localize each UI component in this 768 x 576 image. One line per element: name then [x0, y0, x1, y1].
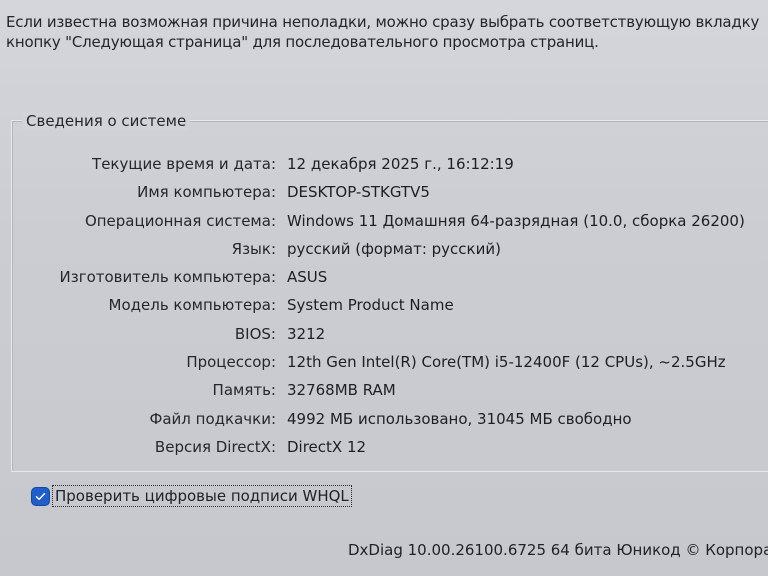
system-info-title: Сведения о системе [22, 112, 190, 130]
checkmark-icon [34, 490, 47, 503]
info-row-os: Операционная система: Windows 11 Домашня… [0, 207, 768, 235]
info-label: Версия DirectX: [155, 433, 276, 461]
version-footer: DxDiag 10.00.26100.6725 64 бита Юникод ©… [348, 541, 768, 559]
whql-checkbox[interactable]: Проверить цифровые подписи WHQL [32, 485, 351, 507]
info-row-memory: Память: 32768MB RAM [0, 376, 768, 404]
info-value: System Product Name [287, 291, 454, 319]
checkbox-checked-icon[interactable] [32, 488, 49, 505]
info-label: Память: [213, 376, 276, 404]
info-value: Windows 11 Домашняя 64-разрядная (10.0, … [287, 207, 745, 235]
info-label: Модель компьютера: [109, 291, 276, 319]
intro-line-2: кнопку "Следующая страница" для последов… [6, 32, 768, 52]
info-label: Процессор: [186, 348, 276, 376]
system-info-table: Текущие время и дата: 12 декабря 2025 г.… [0, 150, 768, 461]
info-value: 4992 МБ использовано, 31045 МБ свободно [287, 405, 632, 433]
info-row-directx: Версия DirectX: DirectX 12 [0, 433, 768, 461]
info-value: ASUS [287, 263, 327, 291]
whql-checkbox-label[interactable]: Проверить цифровые подписи WHQL [53, 486, 351, 506]
info-value: DESKTOP-STKGTV5 [287, 178, 430, 206]
intro-text: Если известна возможная причина неполадк… [6, 12, 768, 52]
info-value: 3212 [287, 320, 325, 348]
intro-line-1: Если известна возможная причина неполадк… [6, 12, 768, 32]
info-value: 12th Gen Intel(R) Core(TM) i5-12400F (12… [287, 348, 726, 376]
info-value: 32768MB RAM [287, 376, 396, 404]
info-label: Текущие время и дата: [92, 150, 276, 178]
info-row-language: Язык: русский (формат: русский) [0, 235, 768, 263]
info-label: Язык: [232, 235, 276, 263]
info-label: BIOS: [235, 320, 276, 348]
info-label: Файл подкачки: [149, 405, 276, 433]
info-value: русский (формат: русский) [287, 235, 501, 263]
info-row-pagefile: Файл подкачки: 4992 МБ использовано, 310… [0, 405, 768, 433]
info-row-processor: Процессор: 12th Gen Intel(R) Core(TM) i5… [0, 348, 768, 376]
info-label: Операционная система: [85, 207, 276, 235]
info-row-manufacturer: Изготовитель компьютера: ASUS [0, 263, 768, 291]
info-row-model: Модель компьютера: System Product Name [0, 291, 768, 319]
info-label: Имя компьютера: [137, 178, 276, 206]
info-row-datetime: Текущие время и дата: 12 декабря 2025 г.… [0, 150, 768, 178]
info-row-computer-name: Имя компьютера: DESKTOP-STKGTV5 [0, 178, 768, 206]
info-value: DirectX 12 [287, 433, 366, 461]
info-label: Изготовитель компьютера: [60, 263, 276, 291]
info-value: 12 декабря 2025 г., 16:12:19 [287, 150, 514, 178]
info-row-bios: BIOS: 3212 [0, 320, 768, 348]
